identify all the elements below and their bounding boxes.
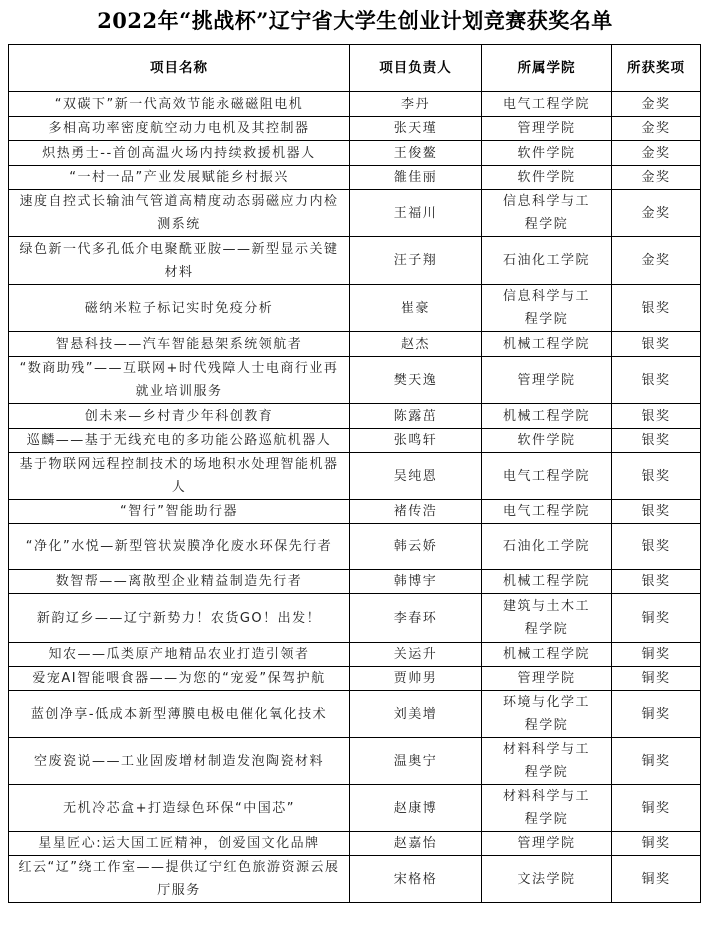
table-row: “双碳下”新一代高效节能永磁磁阻电机李丹电气工程学院金奖 — [9, 92, 701, 117]
award-cell: 铜奖 — [612, 856, 701, 903]
college-cell: 管理学院 — [482, 832, 612, 856]
project-leader-cell: 陈露茁 — [350, 404, 482, 429]
awards-table: 项目名称 项目负责人 所属学院 所获奖项 “双碳下”新一代高效节能永磁磁阻电机李… — [8, 44, 701, 903]
project-name-cell: 蓝创净享-低成本新型薄膜电极电催化氧化技术 — [9, 691, 350, 738]
document-title: 2022年“挑战杯”辽宁省大学生创业计划竞赛获奖名单 — [0, 6, 710, 36]
project-leader-cell: 汪子翔 — [350, 237, 482, 285]
award-cell: 金奖 — [612, 190, 701, 237]
project-leader-cell: 温奥宁 — [350, 738, 482, 785]
project-leader-cell: 张天瑾 — [350, 117, 482, 141]
project-leader-cell: 吴纯恩 — [350, 453, 482, 500]
project-leader-cell: 韩博宇 — [350, 570, 482, 594]
college-cell: 软件学院 — [482, 166, 612, 190]
award-cell: 银奖 — [612, 404, 701, 429]
table-row: 无机冷芯盒+打造绿色环保“中国芯”赵康博材料科学与工程学院铜奖 — [9, 785, 701, 832]
project-name-cell: 巡麟——基于无线充电的多功能公路巡航机器人 — [9, 429, 350, 453]
table-row: 磁纳米粒子标记实时免疫分析崔豪信息科学与工程学院银奖 — [9, 285, 701, 332]
header-project-leader: 项目负责人 — [350, 45, 482, 92]
header-project-name: 项目名称 — [9, 45, 350, 92]
project-name-cell: 数智帮——离散型企业精益制造先行者 — [9, 570, 350, 594]
table-row: 智悬科技——汽车智能悬架系统领航者赵杰机械工程学院银奖 — [9, 332, 701, 357]
project-name-cell: 知农——瓜类原产地精品农业打造引领者 — [9, 643, 350, 667]
project-name-cell: “净化”水悦—新型管状炭膜净化废水环保先行者 — [9, 524, 350, 570]
project-leader-cell: 李春环 — [350, 594, 482, 643]
award-cell: 银奖 — [612, 570, 701, 594]
project-name-cell: “双碳下”新一代高效节能永磁磁阻电机 — [9, 92, 350, 117]
table-row: “一村一品”产业发展赋能乡村振兴雒佳丽软件学院金奖 — [9, 166, 701, 190]
award-cell: 铜奖 — [612, 785, 701, 832]
college-cell: 电气工程学院 — [482, 453, 612, 500]
table-row: 新韵辽乡——辽宁新势力！农货GO！出发！李春环建筑与土木工程学院铜奖 — [9, 594, 701, 643]
college-cell: 管理学院 — [482, 117, 612, 141]
project-name-cell: 无机冷芯盒+打造绿色环保“中国芯” — [9, 785, 350, 832]
award-cell: 铜奖 — [612, 594, 701, 643]
header-award: 所获奖项 — [612, 45, 701, 92]
project-leader-cell: 韩云娇 — [350, 524, 482, 570]
award-cell: 铜奖 — [612, 738, 701, 785]
project-name-cell: 红云“辽”绕工作室——提供辽宁红色旅游资源云展厅服务 — [9, 856, 350, 903]
college-cell: 信息科学与工程学院 — [482, 190, 612, 237]
award-cell: 银奖 — [612, 285, 701, 332]
college-cell: 电气工程学院 — [482, 500, 612, 524]
table-row: 绿色新一代多孔低介电聚酰亚胺——新型显示关键材料汪子翔石油化工学院金奖 — [9, 237, 701, 285]
project-name-cell: 磁纳米粒子标记实时免疫分析 — [9, 285, 350, 332]
award-cell: 银奖 — [612, 332, 701, 357]
project-name-cell: “智行”智能助行器 — [9, 500, 350, 524]
project-leader-cell: 雒佳丽 — [350, 166, 482, 190]
project-name-cell: “一村一品”产业发展赋能乡村振兴 — [9, 166, 350, 190]
project-name-cell: 多相高功率密度航空动力电机及其控制器 — [9, 117, 350, 141]
project-leader-cell: 赵康博 — [350, 785, 482, 832]
college-cell: 机械工程学院 — [482, 332, 612, 357]
college-cell: 管理学院 — [482, 357, 612, 404]
table-row: 多相高功率密度航空动力电机及其控制器张天瑾管理学院金奖 — [9, 117, 701, 141]
table-body: “双碳下”新一代高效节能永磁磁阻电机李丹电气工程学院金奖多相高功率密度航空动力电… — [9, 92, 701, 903]
table-row: 红云“辽”绕工作室——提供辽宁红色旅游资源云展厅服务宋格格文法学院铜奖 — [9, 856, 701, 903]
header-college: 所属学院 — [482, 45, 612, 92]
project-leader-cell: 樊天逸 — [350, 357, 482, 404]
award-cell: 银奖 — [612, 453, 701, 500]
project-leader-cell: 宋格格 — [350, 856, 482, 903]
project-name-cell: 智悬科技——汽车智能悬架系统领航者 — [9, 332, 350, 357]
award-cell: 银奖 — [612, 524, 701, 570]
table-row: “净化”水悦—新型管状炭膜净化废水环保先行者韩云娇石油化工学院银奖 — [9, 524, 701, 570]
table-row: 蓝创净享-低成本新型薄膜电极电催化氧化技术刘美增环境与化学工程学院铜奖 — [9, 691, 701, 738]
college-cell: 机械工程学院 — [482, 570, 612, 594]
table-row: 基于物联网远程控制技术的场地积水处理智能机器人吴纯恩电气工程学院银奖 — [9, 453, 701, 500]
college-cell: 材料科学与工程学院 — [482, 738, 612, 785]
project-leader-cell: 王俊鳌 — [350, 141, 482, 166]
college-cell: 电气工程学院 — [482, 92, 612, 117]
college-cell: 机械工程学院 — [482, 404, 612, 429]
project-leader-cell: 褚传浩 — [350, 500, 482, 524]
project-leader-cell: 关运升 — [350, 643, 482, 667]
college-cell: 建筑与土木工程学院 — [482, 594, 612, 643]
project-name-cell: 炽热勇士--首创高温火场内持续救援机器人 — [9, 141, 350, 166]
table-row: 创未来—乡村青少年科创教育陈露茁机械工程学院银奖 — [9, 404, 701, 429]
award-cell: 铜奖 — [612, 832, 701, 856]
college-cell: 石油化工学院 — [482, 237, 612, 285]
table-header-row: 项目名称 项目负责人 所属学院 所获奖项 — [9, 45, 701, 92]
award-cell: 金奖 — [612, 141, 701, 166]
project-name-cell: 创未来—乡村青少年科创教育 — [9, 404, 350, 429]
project-name-cell: 空废瓷说——工业固废增材制造发泡陶瓷材料 — [9, 738, 350, 785]
college-cell: 软件学院 — [482, 429, 612, 453]
college-cell: 文法学院 — [482, 856, 612, 903]
college-cell: 环境与化学工程学院 — [482, 691, 612, 738]
award-cell: 银奖 — [612, 500, 701, 524]
project-leader-cell: 李丹 — [350, 92, 482, 117]
project-leader-cell: 赵杰 — [350, 332, 482, 357]
project-leader-cell: 赵嘉怡 — [350, 832, 482, 856]
award-cell: 金奖 — [612, 92, 701, 117]
project-leader-cell: 张鸣轩 — [350, 429, 482, 453]
table-row: 数智帮——离散型企业精益制造先行者韩博宇机械工程学院银奖 — [9, 570, 701, 594]
college-cell: 软件学院 — [482, 141, 612, 166]
project-leader-cell: 刘美增 — [350, 691, 482, 738]
project-name-cell: 速度自控式长输油气管道高精度动态弱磁应力内检测系统 — [9, 190, 350, 237]
project-name-cell: 星星匠心:运大国工匠精神，创爱国文化品牌 — [9, 832, 350, 856]
table-row: 巡麟——基于无线充电的多功能公路巡航机器人张鸣轩软件学院银奖 — [9, 429, 701, 453]
project-name-cell: 新韵辽乡——辽宁新势力！农货GO！出发！ — [9, 594, 350, 643]
college-cell: 管理学院 — [482, 667, 612, 691]
award-cell: 铜奖 — [612, 643, 701, 667]
college-cell: 机械工程学院 — [482, 643, 612, 667]
table-row: 炽热勇士--首创高温火场内持续救援机器人王俊鳌软件学院金奖 — [9, 141, 701, 166]
project-leader-cell: 贾帅男 — [350, 667, 482, 691]
college-cell: 材料科学与工程学院 — [482, 785, 612, 832]
table-row: “数商助残”——互联网+时代残障人士电商行业再就业培训服务樊天逸管理学院银奖 — [9, 357, 701, 404]
project-name-cell: 爱宠AI智能喂食器——为您的“宠爱”保驾护航 — [9, 667, 350, 691]
award-cell: 金奖 — [612, 166, 701, 190]
award-cell: 银奖 — [612, 357, 701, 404]
college-cell: 石油化工学院 — [482, 524, 612, 570]
award-cell: 铜奖 — [612, 691, 701, 738]
award-cell: 金奖 — [612, 117, 701, 141]
project-name-cell: 基于物联网远程控制技术的场地积水处理智能机器人 — [9, 453, 350, 500]
college-cell: 信息科学与工程学院 — [482, 285, 612, 332]
table-row: 空废瓷说——工业固废增材制造发泡陶瓷材料温奥宁材料科学与工程学院铜奖 — [9, 738, 701, 785]
table-row: 爱宠AI智能喂食器——为您的“宠爱”保驾护航贾帅男管理学院铜奖 — [9, 667, 701, 691]
table-row: 星星匠心:运大国工匠精神，创爱国文化品牌赵嘉怡管理学院铜奖 — [9, 832, 701, 856]
project-leader-cell: 王福川 — [350, 190, 482, 237]
project-name-cell: “数商助残”——互联网+时代残障人士电商行业再就业培训服务 — [9, 357, 350, 404]
award-cell: 银奖 — [612, 429, 701, 453]
table-row: 速度自控式长输油气管道高精度动态弱磁应力内检测系统王福川信息科学与工程学院金奖 — [9, 190, 701, 237]
project-leader-cell: 崔豪 — [350, 285, 482, 332]
table-row: 知农——瓜类原产地精品农业打造引领者关运升机械工程学院铜奖 — [9, 643, 701, 667]
award-cell: 金奖 — [612, 237, 701, 285]
project-name-cell: 绿色新一代多孔低介电聚酰亚胺——新型显示关键材料 — [9, 237, 350, 285]
table-row: “智行”智能助行器褚传浩电气工程学院银奖 — [9, 500, 701, 524]
award-cell: 铜奖 — [612, 667, 701, 691]
